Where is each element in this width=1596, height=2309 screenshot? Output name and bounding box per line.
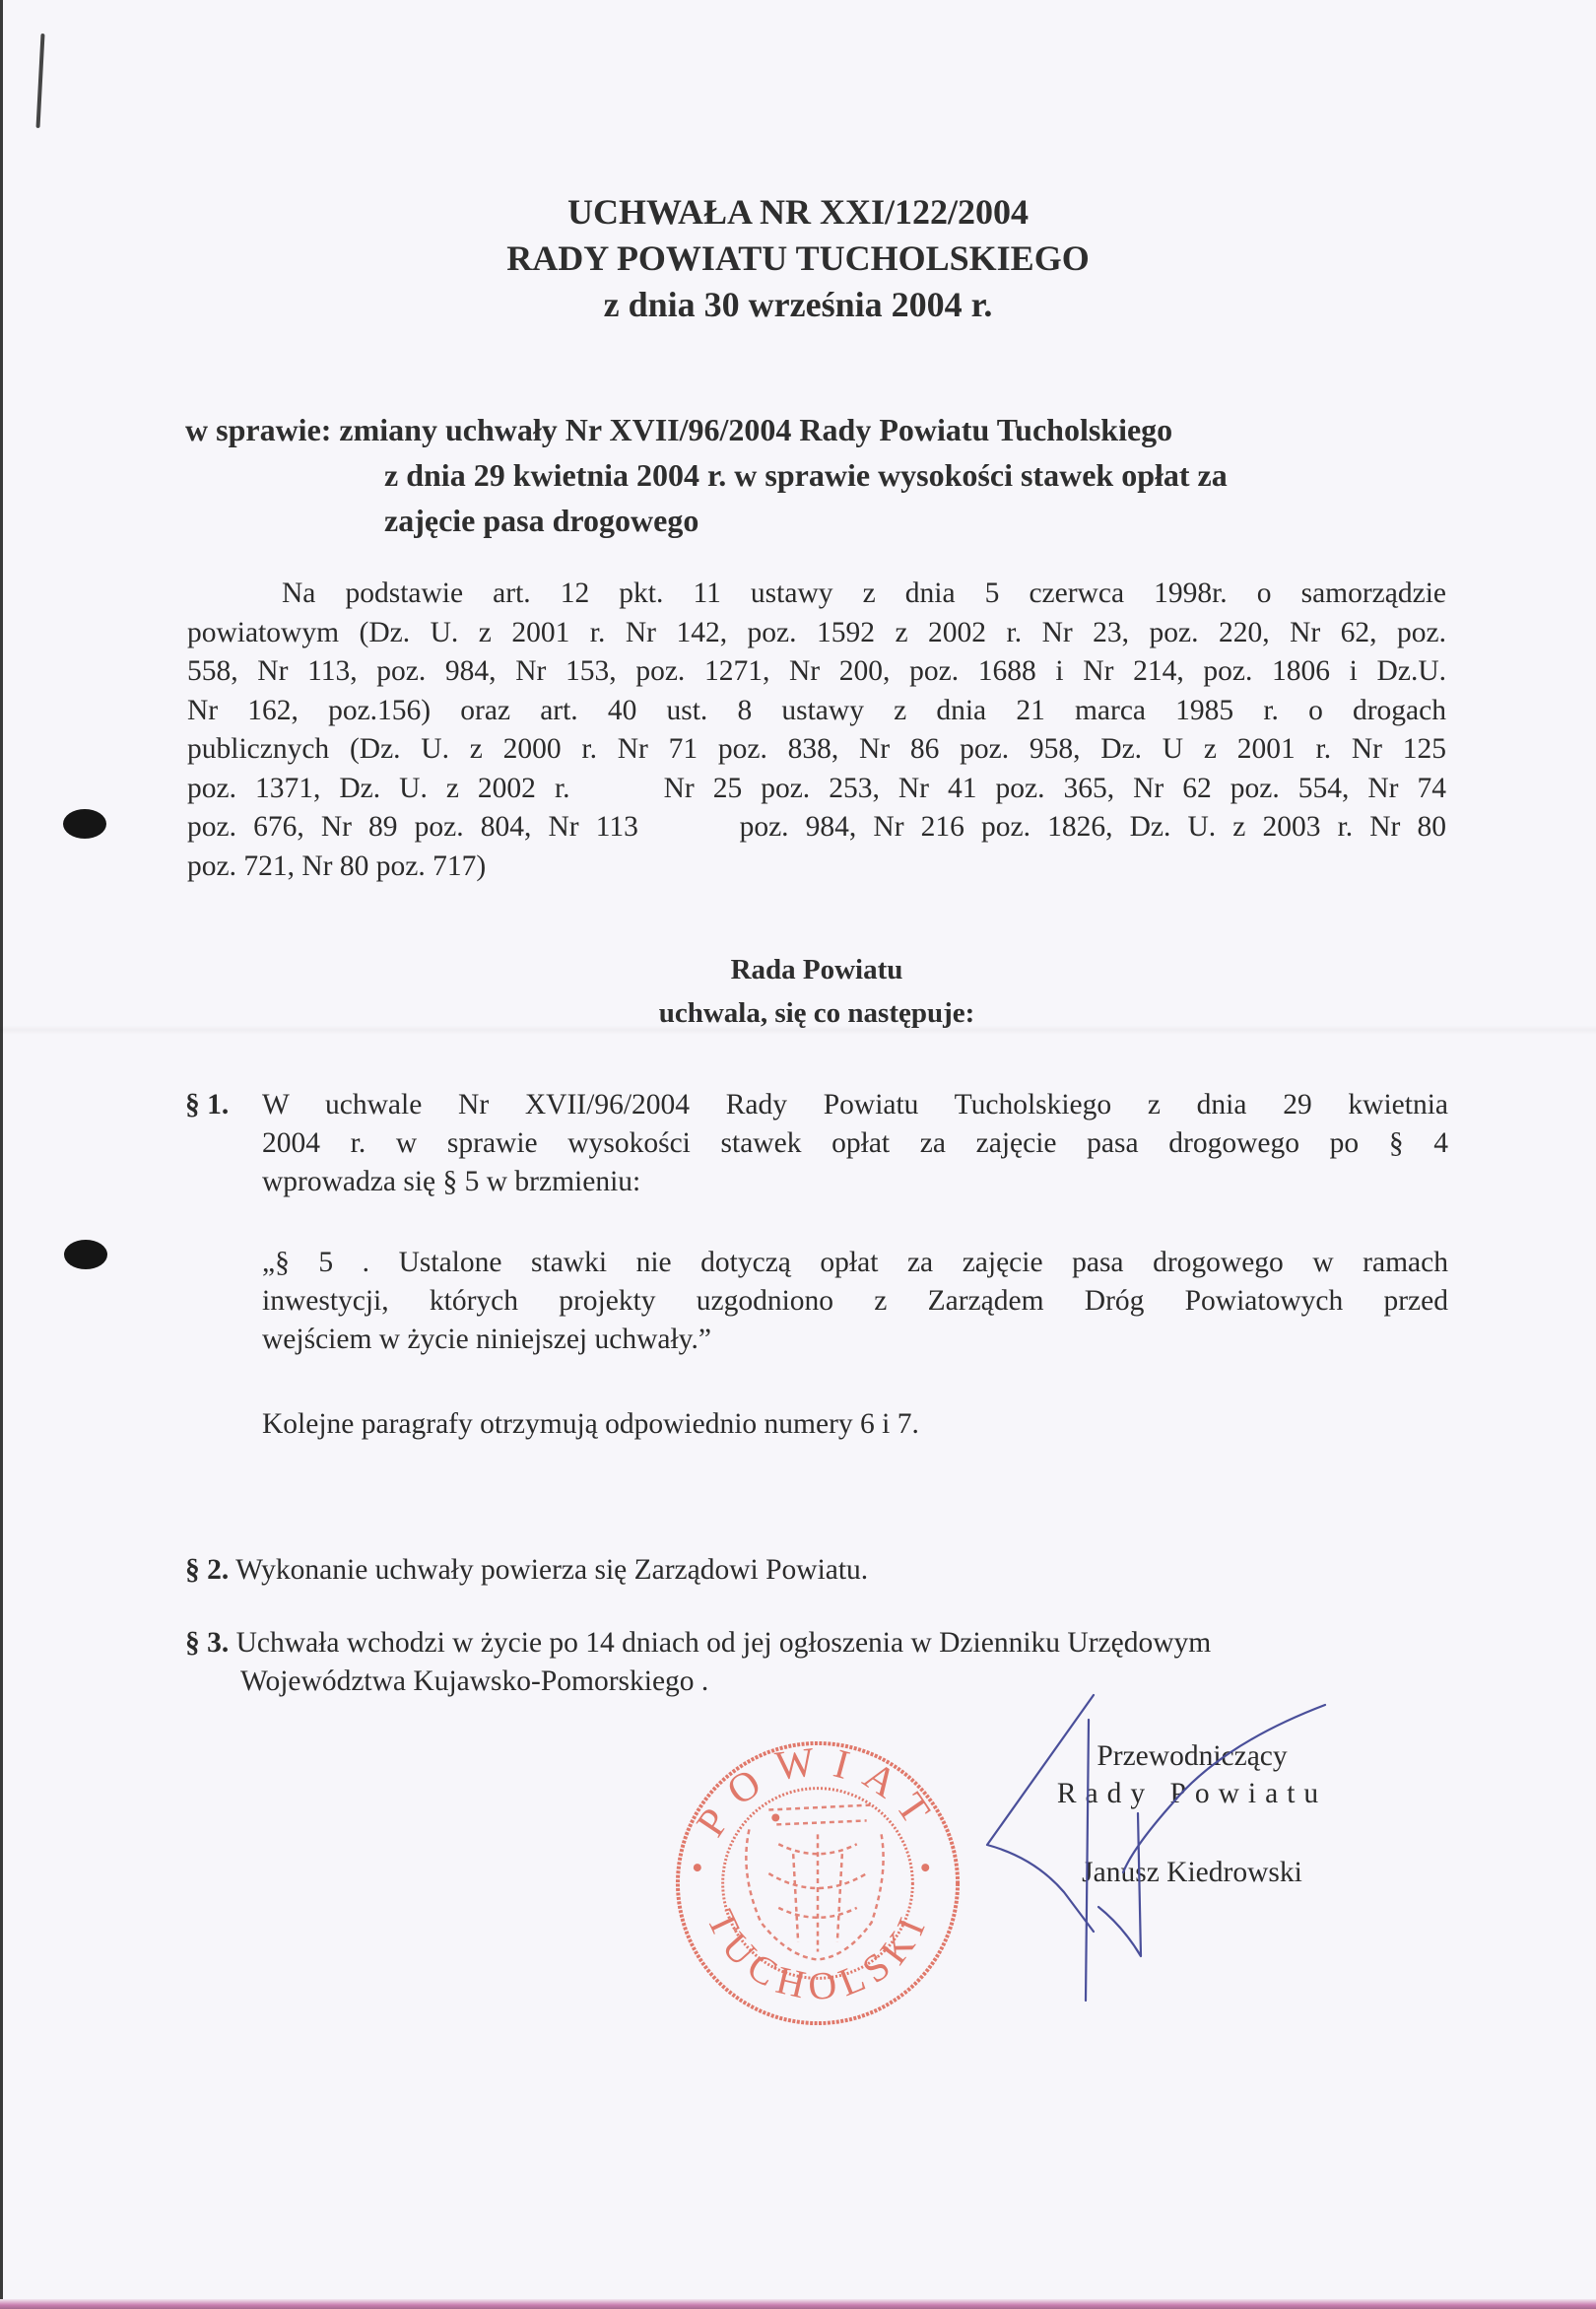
official-stamp: POWIAT TUCHOLSKI — [671, 1736, 964, 2030]
quote-line: inwestycji, których projekty uzgodniono … — [262, 1282, 1448, 1321]
paragraph-line: W uchwale Nr XVII/96/2004 Rady Powiatu T… — [262, 1086, 1448, 1124]
quote-line: wejściem w życie niniejszej uchwały.” — [262, 1321, 1448, 1359]
paragraph-line: Województwa Kujawsko-Pomorskiego . — [185, 1663, 1456, 1701]
signatory-name: Janusz Kiedrowski — [1015, 1853, 1369, 1892]
scan-bottom-edge — [0, 2299, 1596, 2309]
legal-basis: Na podstawie art. 12 pkt. 11 ustawy z dn… — [187, 575, 1446, 886]
punch-hole-icon — [64, 1240, 107, 1269]
paragraph-number: § 1. — [185, 1086, 229, 1124]
subject-line: zajęcie pasa drogowego — [185, 498, 1456, 543]
stamp-top-text: POWIAT — [688, 1737, 947, 1845]
paragraph-number: § 2. — [185, 1554, 229, 1586]
title-line: UCHWAŁA NR XXI/122/2004 — [246, 189, 1350, 236]
renumbering-note: Kolejne paragrafy otrzymują odpowiednio … — [262, 1405, 919, 1444]
paragraph-number: § 3. — [185, 1627, 229, 1659]
svg-text:POWIAT: POWIAT — [688, 1737, 947, 1845]
signatory-organ: Rady Powiatu — [1015, 1774, 1369, 1813]
council-line: Rada Powiatu — [187, 948, 1446, 991]
title-line: z dnia 30 września 2004 r. — [246, 282, 1350, 328]
amendment-quote: „§ 5 . Ustalone stawki nie dotyczą opłat… — [262, 1244, 1448, 1359]
legal-basis-line: publicznych (Dz. U. z 2000 r. Nr 71 poz.… — [187, 730, 1446, 770]
subject-line: w sprawie: zmiany uchwały Nr XVII/96/200… — [185, 407, 1456, 452]
paragraph-2: § 2. Wykonanie uchwały powierza się Zarz… — [185, 1551, 1456, 1590]
paragraph-line: Uchwała wchodzi w życie po 14 dniach od … — [236, 1627, 1212, 1659]
signature-block: Przewodniczący Rady Powiatu Janusz Kiedr… — [1015, 1736, 1369, 1892]
paragraph-text: Wykonanie uchwały powierza się Zarządowi… — [235, 1554, 868, 1586]
scan-page-edge — [0, 0, 3, 2309]
eagle-emblem-icon — [746, 1805, 883, 1960]
legal-basis-line: poz. 1371, Dz. U. z 2002 r. Nr 25 poz. 2… — [187, 770, 1446, 809]
legal-basis-line: poz. 721, Nr 80 poz. 717) — [187, 848, 1446, 887]
legal-basis-line: powiatowym (Dz. U. z 2001 r. Nr 142, poz… — [187, 614, 1446, 653]
pencil-mark — [35, 34, 44, 128]
legal-basis-line: 558, Nr 113, poz. 984, Nr 153, poz. 1271… — [187, 652, 1446, 692]
legal-basis-line: Na podstawie art. 12 pkt. 11 ustawy z dn… — [187, 575, 1446, 614]
signatory-role: Przewodniczący — [1015, 1736, 1369, 1776]
subject-line: z dnia 29 kwietnia 2004 r. w sprawie wys… — [185, 452, 1456, 498]
svg-text:TUCHOLSKI: TUCHOLSKI — [698, 1904, 937, 2009]
paragraph-line: 2004 r. w sprawie wysokości stawek opłat… — [262, 1124, 1448, 1163]
council-heading: Rada Powiatu uchwala, się co następuje: — [0, 948, 1596, 1035]
legal-basis-line: poz. 676, Nr 89 poz. 804, Nr 113 poz. 98… — [187, 808, 1446, 848]
quote-line: „§ 5 . Ustalone stawki nie dotyczą opłat… — [262, 1244, 1448, 1282]
paragraph-1: § 1. W uchwale Nr XVII/96/2004 Rady Powi… — [185, 1086, 1448, 1201]
title-line: RADY POWIATU TUCHOLSKIEGO — [246, 236, 1350, 282]
stamp-bottom-text: TUCHOLSKI — [698, 1904, 937, 2009]
document-title: UCHWAŁA NR XXI/122/2004 RADY POWIATU TUC… — [0, 189, 1596, 328]
council-line: uchwala, się co następuje: — [187, 991, 1446, 1035]
document-subject: w sprawie: zmiany uchwały Nr XVII/96/200… — [185, 407, 1456, 543]
punch-hole-icon — [63, 809, 106, 839]
paragraph-3: § 3. Uchwała wchodzi w życie po 14 dniac… — [185, 1624, 1456, 1701]
legal-basis-line: Nr 162, poz.156) oraz art. 40 ust. 8 ust… — [187, 692, 1446, 731]
paragraph-line: wprowadza się § 5 w brzmieniu: — [262, 1163, 1448, 1201]
